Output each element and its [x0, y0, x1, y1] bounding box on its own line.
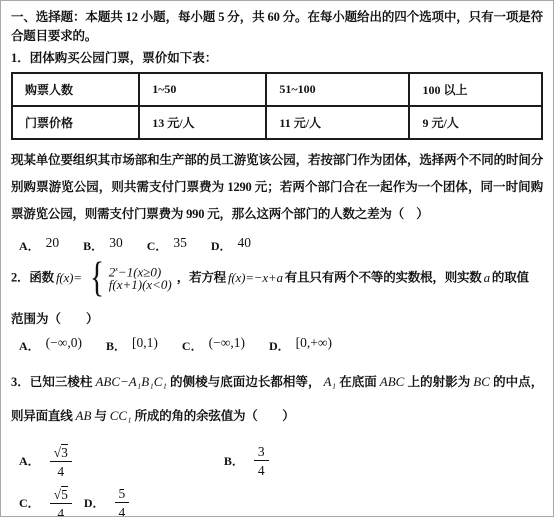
table-row-price: 门票价格 13 元/人 11 元/人 9 元/人	[12, 106, 542, 139]
table-cell: 100 以上	[409, 73, 542, 106]
q1-option-a: A．20	[19, 237, 59, 255]
table-row-people: 购票人数 1~50 51~100 100 以上	[12, 73, 542, 106]
table-cell: 9 元/人	[409, 106, 542, 139]
option-label: D．	[211, 239, 232, 253]
q3-option-a: A． √3 4	[19, 443, 72, 479]
option-value: 35	[173, 235, 187, 250]
ticket-price-table: 购票人数 1~50 51~100 100 以上 门票价格 13 元/人 11 元…	[11, 72, 543, 140]
q1-body: 现某单位要组织其市场部和生产部的员工游览该公园，若按部门作为团体，选择两个不同的…	[11, 147, 543, 228]
q1-option-c: C．35	[147, 237, 187, 255]
piecewise-branch-bottom: f(x+1)(x<0)	[109, 277, 172, 293]
q2-equation: f(x)=−x+a	[228, 270, 283, 285]
q2-options: A．(−∞,0) B．[0,1) C．(−∞,1) D．[0,+∞)	[19, 337, 543, 355]
q3-option-c: C． √5 4	[19, 485, 72, 517]
edge-bc: BC	[473, 374, 490, 389]
fraction-sqrt3-over-4: √3 4	[50, 443, 72, 479]
q1-option-b: B．30	[83, 237, 123, 255]
option-value: (−∞,1)	[209, 335, 245, 350]
radical-sign: √	[54, 487, 61, 502]
q2-option-c: C．(−∞,1)	[182, 337, 245, 355]
option-value: 40	[238, 235, 252, 250]
table-cell: 11 元/人	[266, 106, 409, 139]
radical-sign: √	[54, 445, 61, 460]
line-ab: AB	[76, 408, 92, 423]
option-label: A．	[19, 239, 40, 253]
piecewise-branch-top: 2x−1(x≥0)	[109, 265, 172, 277]
q2-option-d: D．[0,+∞)	[269, 337, 332, 355]
q3-option-d: D． 5 4	[84, 485, 129, 517]
table-cell: 13 元/人	[139, 106, 266, 139]
option-value: [0,+∞)	[296, 335, 332, 350]
q3-stem: 3．已知三棱柱ABC−A₁B₁C₁的侧棱与底面边长都相等，A₁在底面ABC上的射…	[11, 365, 543, 433]
table-cell: 购票人数	[12, 73, 139, 106]
option-label: C．	[19, 494, 40, 511]
fraction-3-over-4: 3 4	[254, 443, 269, 478]
option-label: A．	[19, 339, 40, 353]
q2-text: 2．函数	[11, 271, 54, 285]
table-cell: 1~50	[139, 73, 266, 106]
option-label: C．	[182, 339, 203, 353]
q1-options: A．20 B．30 C．35 D．40	[19, 237, 543, 255]
fraction-sqrt5-over-4: √5 4	[50, 485, 72, 517]
q1-option-d: D．40	[211, 237, 251, 255]
q2-fx: f(x)=	[56, 270, 82, 285]
option-label: D．	[269, 339, 290, 353]
exam-page: 一、选择题：本题共 12 小题，每小题 5 分，共 60 分。在每小题给出的四个…	[0, 0, 554, 517]
option-value: (−∞,0)	[46, 335, 82, 350]
line-cc1: CC₁	[110, 408, 132, 423]
piecewise-function: {2x−1(x≥0)f(x+1)(x<0)	[87, 261, 174, 297]
prism-name: ABC−A₁B₁C₁	[95, 374, 166, 389]
option-value: 20	[46, 235, 60, 250]
table-cell: 51~100	[266, 73, 409, 106]
table-cell: 门票价格	[12, 106, 139, 139]
q2-stem: 2．函数f(x)={2x−1(x≥0)f(x+1)(x<0)，若方程f(x)=−…	[11, 261, 543, 297]
vertex-a1: A₁	[324, 374, 336, 389]
option-label: B．	[224, 452, 244, 469]
left-brace: {	[90, 261, 104, 297]
option-value: 30	[109, 235, 123, 250]
q2-option-a: A．(−∞,0)	[19, 337, 82, 355]
option-label: D．	[84, 494, 105, 511]
option-label: B．	[106, 339, 126, 353]
q2-option-b: B．[0,1)	[106, 337, 158, 355]
q3-options-row-2: C． √5 4 D． 5 4	[19, 485, 543, 517]
q2-text: 有且只有两个不等的实数根，则实数	[285, 271, 482, 285]
q2-text: ，若方程	[177, 271, 226, 285]
base-abc: ABC	[380, 374, 405, 389]
q2-range-line: 范围为（ ）	[11, 309, 543, 327]
section-header: 一、选择题：本题共 12 小题，每小题 5 分，共 60 分。在每小题给出的四个…	[11, 8, 543, 46]
q3-option-b: B． 3 4	[224, 443, 269, 478]
option-label: C．	[147, 239, 168, 253]
q2-var-a: a	[484, 270, 490, 285]
q1-stem: 1．团体购买公园门票，票价如下表：	[11, 49, 543, 67]
q3-options-row-1: A． √3 4 B． 3 4	[19, 443, 543, 479]
option-value: [0,1)	[132, 335, 158, 350]
option-label: B．	[83, 239, 103, 253]
q2-text: 的取值	[492, 271, 529, 285]
fraction-5-over-4: 5 4	[115, 485, 130, 517]
option-label: A．	[19, 452, 40, 469]
